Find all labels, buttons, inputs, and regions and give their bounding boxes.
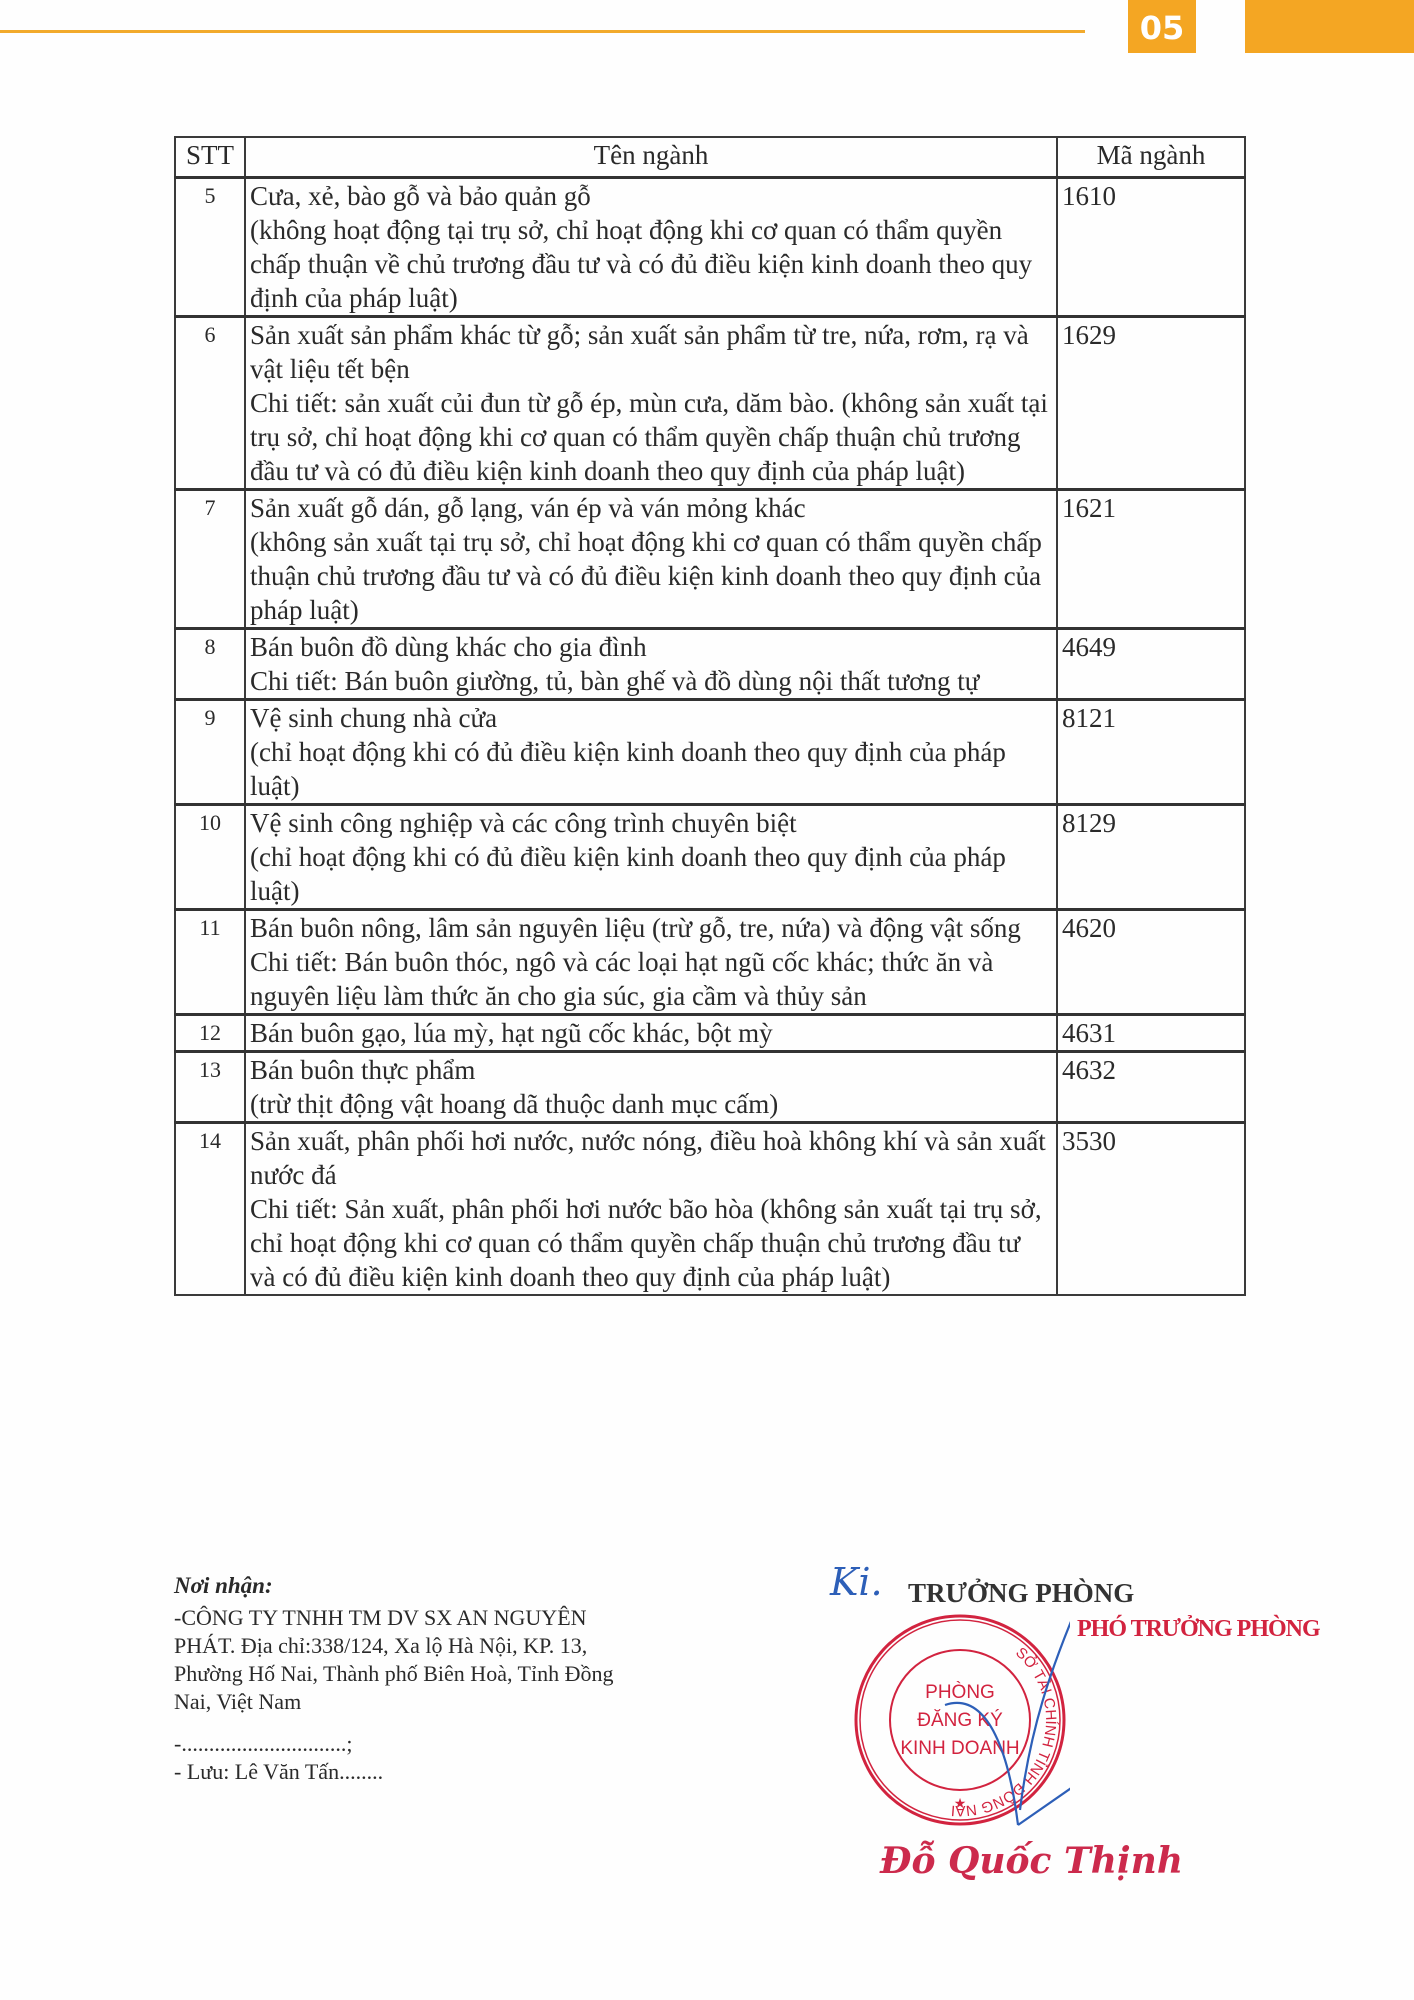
deputy-title-stamp: PHÓ TRƯỞNG PHÒNG [1077,1616,1320,1643]
industry-detail: Chi tiết: Bán buôn giường, tủ, bàn ghế v… [250,664,1052,698]
industry-title: Bán buôn nông, lâm sản nguyên liệu (trừ … [250,911,1052,945]
row-industry-code: 3530 [1057,1123,1245,1296]
page-number-badge: 05 [1128,0,1196,53]
table-row: 7Sản xuất gỗ dán, gỗ lạng, ván ép và ván… [175,490,1245,629]
table-row: 11Bán buôn nông, lâm sản nguyên liệu (tr… [175,910,1245,1015]
col-header-stt: STT [175,137,245,178]
signer-title: TRƯỞNG PHÒNG [908,1578,1134,1609]
industry-detail: (chỉ hoạt động khi có đủ điều kiện kinh … [250,840,1052,908]
industry-title: Cưa, xẻ, bào gỗ và bảo quản gỗ [250,179,1052,213]
row-industry-code: 8121 [1057,700,1245,805]
industry-title: Vệ sinh công nghiệp và các công trình ch… [250,806,1052,840]
svg-text:★: ★ [954,1797,967,1812]
table-row: 5Cưa, xẻ, bào gỗ và bảo quản gỗ(không ho… [175,178,1245,317]
row-stt: 9 [175,700,245,805]
industry-title: Bán buôn gạo, lúa mỳ, hạt ngũ cốc khác, … [250,1016,1052,1050]
signature-block: Ki. TRƯỞNG PHÒNG PHÓ TRƯỞNG PHÒNG SỞ TÀI… [830,1540,1330,1920]
industry-title: Bán buôn thực phẩm [250,1053,1052,1087]
table-row: 9Vệ sinh chung nhà cửa(chỉ hoạt động khi… [175,700,1245,805]
row-industry-name: Vệ sinh công nghiệp và các công trình ch… [245,805,1057,910]
table-row: 8Bán buôn đồ dùng khác cho gia đìnhChi t… [175,629,1245,700]
business-lines-table: STT Tên ngành Mã ngành 5Cưa, xẻ, bào gỗ … [174,136,1246,1296]
row-industry-code: 1621 [1057,490,1245,629]
row-industry-name: Cưa, xẻ, bào gỗ và bảo quản gỗ(không hoạ… [245,178,1057,317]
official-seal-icon: SỞ TÀI CHÍNH TỈNH ĐỒNG NAI PHÒNG ĐĂNG KÝ… [850,1610,1070,1830]
row-industry-name: Bán buôn gạo, lúa mỳ, hạt ngũ cốc khác, … [245,1015,1057,1052]
industry-title: Sản xuất gỗ dán, gỗ lạng, ván ép và ván … [250,491,1052,525]
recipient-placeholder: -..............................; [174,1730,614,1758]
table-row: 14Sản xuất, phân phối hơi nước, nước nón… [175,1123,1245,1296]
row-stt: 5 [175,178,245,317]
industry-detail: (trừ thịt động vật hoang dã thuộc danh m… [250,1087,1052,1121]
signer-name: Đỗ Quốc Thịnh [880,1840,1183,1882]
industry-detail: (không hoạt động tại trụ sở, chỉ hoạt độ… [250,213,1052,315]
row-industry-code: 1629 [1057,317,1245,490]
handwritten-initial: Ki. [830,1560,883,1604]
industry-detail: Chi tiết: sản xuất củi đun từ gỗ ép, mùn… [250,386,1052,488]
recipient-archive: - Lưu: Lê Văn Tấn........ [174,1758,614,1786]
row-stt: 13 [175,1052,245,1123]
row-stt: 10 [175,805,245,910]
row-industry-code: 4631 [1057,1015,1245,1052]
industry-detail: Chi tiết: Sản xuất, phân phối hơi nước b… [250,1192,1052,1294]
row-stt: 7 [175,490,245,629]
table-row: 6Sản xuất sản phẩm khác từ gỗ; sản xuất … [175,317,1245,490]
recipient-company: -CÔNG TY TNHH TM DV SX AN NGUYÊN PHÁT. Đ… [174,1604,614,1716]
header-rule [0,30,1085,33]
row-industry-name: Bán buôn đồ dùng khác cho gia đìnhChi ti… [245,629,1057,700]
table-row: 13Bán buôn thực phẩm(trừ thịt động vật h… [175,1052,1245,1123]
svg-text:ĐĂNG KÝ: ĐĂNG KÝ [917,1710,1003,1731]
row-industry-name: Bán buôn nông, lâm sản nguyên liệu (trừ … [245,910,1057,1015]
table-row: 10Vệ sinh công nghiệp và các công trình … [175,805,1245,910]
row-stt: 12 [175,1015,245,1052]
industry-title: Sản xuất sản phẩm khác từ gỗ; sản xuất s… [250,318,1052,386]
recipients-title: Nơi nhận: [174,1572,614,1600]
industry-title: Bán buôn đồ dùng khác cho gia đình [250,630,1052,664]
table-header-row: STT Tên ngành Mã ngành [175,137,1245,178]
svg-text:PHÒNG: PHÒNG [925,1681,995,1703]
row-industry-code: 8129 [1057,805,1245,910]
row-stt: 8 [175,629,245,700]
row-industry-code: 1610 [1057,178,1245,317]
col-header-name: Tên ngành [245,137,1057,178]
table-row: 12Bán buôn gạo, lúa mỳ, hạt ngũ cốc khác… [175,1015,1245,1052]
row-industry-code: 4632 [1057,1052,1245,1123]
industry-detail: (không sản xuất tại trụ sở, chỉ hoạt độn… [250,525,1052,627]
col-header-code: Mã ngành [1057,137,1245,178]
svg-text:SỞ TÀI CHÍNH TỈNH ĐỒNG NAI: SỞ TÀI CHÍNH TỈNH ĐỒNG NAI [950,1644,1059,1819]
industry-detail: Chi tiết: Bán buôn thóc, ngô và các loại… [250,945,1052,1013]
row-stt: 6 [175,317,245,490]
row-industry-name: Sản xuất sản phẩm khác từ gỗ; sản xuất s… [245,317,1057,490]
recipients-block: Nơi nhận: -CÔNG TY TNHH TM DV SX AN NGUY… [174,1572,614,1786]
header-accent-block [1245,0,1414,53]
row-industry-name: Sản xuất gỗ dán, gỗ lạng, ván ép và ván … [245,490,1057,629]
row-stt: 11 [175,910,245,1015]
row-industry-code: 4620 [1057,910,1245,1015]
industry-detail: (chỉ hoạt động khi có đủ điều kiện kinh … [250,735,1052,803]
row-industry-code: 4649 [1057,629,1245,700]
row-industry-name: Vệ sinh chung nhà cửa(chỉ hoạt động khi … [245,700,1057,805]
row-industry-name: Bán buôn thực phẩm(trừ thịt động vật hoa… [245,1052,1057,1123]
row-stt: 14 [175,1123,245,1296]
industry-title: Sản xuất, phân phối hơi nước, nước nóng,… [250,1124,1052,1192]
row-industry-name: Sản xuất, phân phối hơi nước, nước nóng,… [245,1123,1057,1296]
industry-title: Vệ sinh chung nhà cửa [250,701,1052,735]
